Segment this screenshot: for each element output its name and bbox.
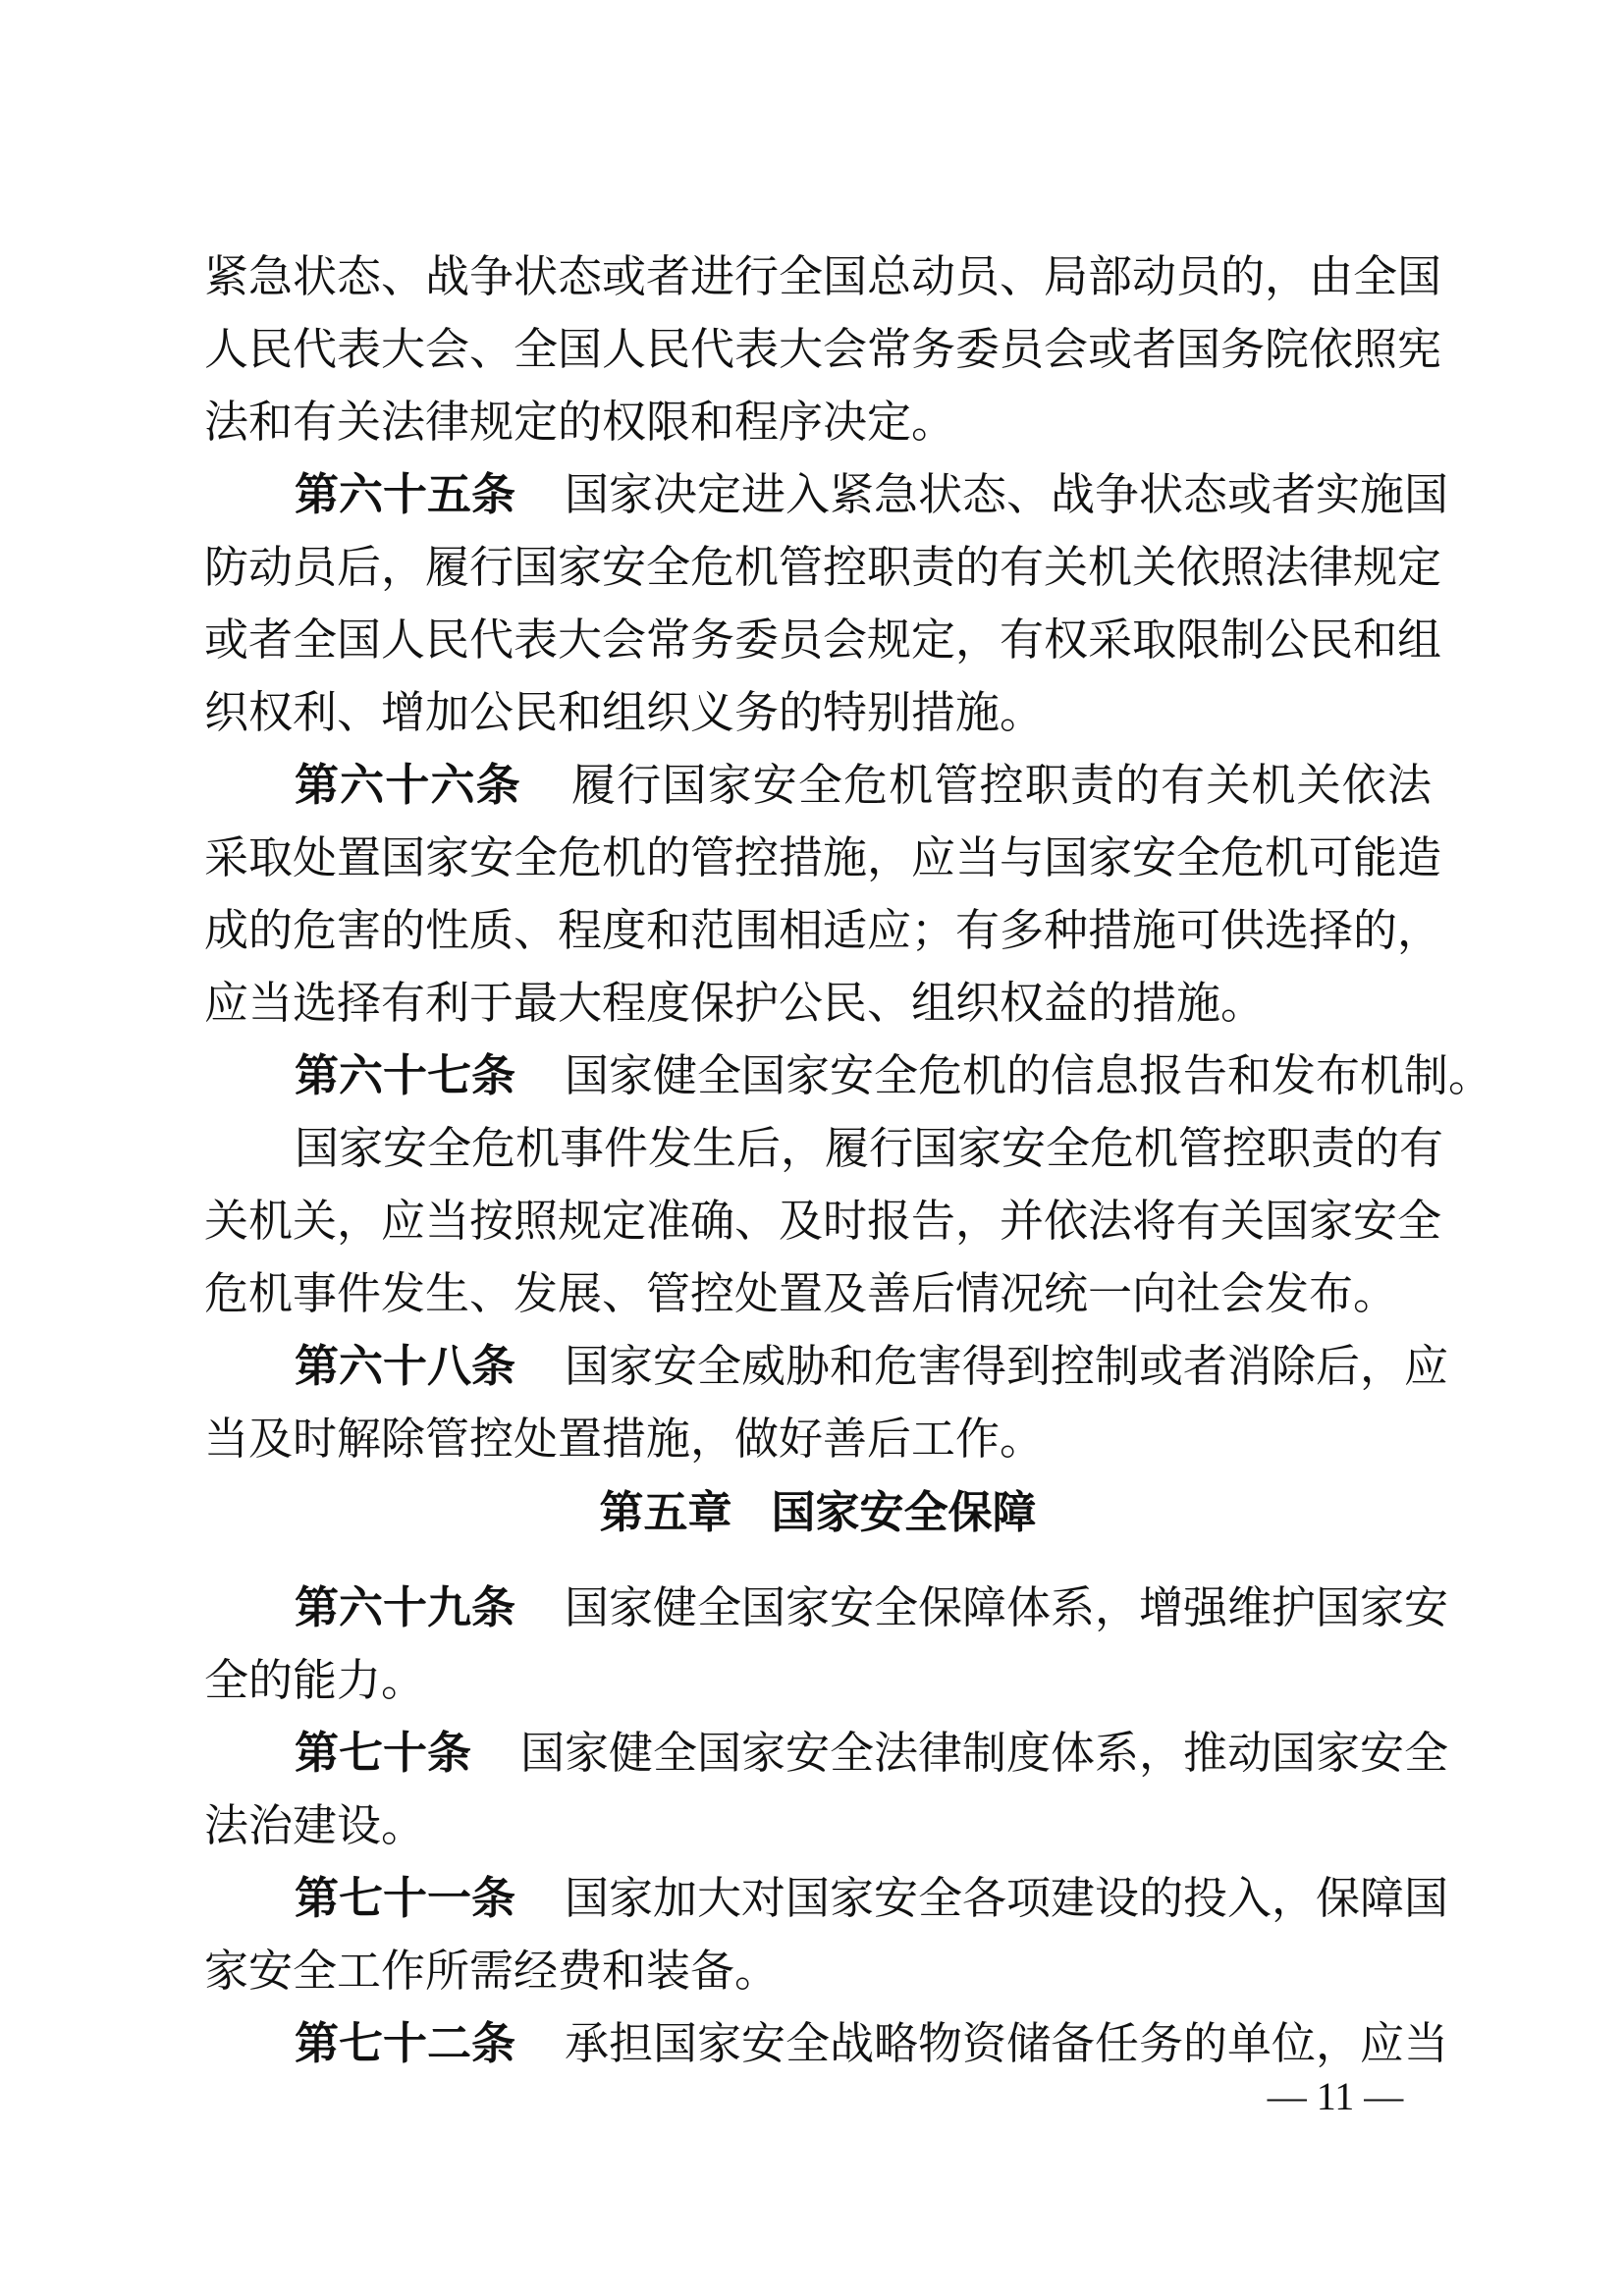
article-label: 第六十七条: [295, 1049, 515, 1101]
text-line: 紧急状态、战争状态或者进行全国总动员、局部动员的，由全国: [204, 240, 1432, 313]
text-line: 关机关，应当按照规定准确、及时报告，并依法将有关国家安全: [204, 1185, 1432, 1257]
article-label: 第六十八条: [295, 1340, 515, 1392]
chapter-title: 国家安全保障: [772, 1486, 1037, 1538]
article-67: 第六十七条国家健全国家安全危机的信息报告和发布机制。: [204, 1040, 1432, 1112]
text-line: 织权利、增加公民和组织义务的特别措施。: [204, 676, 1432, 749]
article-text: 国家健全国家安全保障体系，增强维护国家安: [565, 1581, 1448, 1633]
article-72: 第七十二条承担国家安全战略物资储备任务的单位，应当: [204, 2007, 1432, 2080]
article-label: 第七十条: [295, 1727, 471, 1779]
article-text: 国家安全威胁和危害得到控制或者消除后，应: [565, 1340, 1448, 1392]
chapter-number: 第五章: [599, 1486, 731, 1538]
chapter-heading: 第五章国家安全保障: [204, 1475, 1432, 1554]
text-line: 或者全国人民代表大会常务委员会规定，有权采取限制公民和组: [204, 604, 1432, 676]
article-70: 第七十条国家健全国家安全法律制度体系，推动国家安全: [204, 1717, 1432, 1789]
article-text: 国家决定进入紧急状态、战争状态或者实施国: [565, 468, 1448, 520]
text-line: 家安全工作所需经费和装备。: [204, 1935, 1432, 2007]
text-line: 当及时解除管控处置措施，做好善后工作。: [204, 1403, 1432, 1475]
text-line: 法和有关法律规定的权限和程序决定。: [204, 386, 1432, 458]
article-66: 第六十六条履行国家安全危机管控职责的有关机关依法: [204, 749, 1432, 822]
text-line: 应当选择有利于最大程度保护公民、组织权益的措施。: [204, 967, 1432, 1040]
article-68: 第六十八条国家安全威胁和危害得到控制或者消除后，应: [204, 1330, 1432, 1403]
text-line: 人民代表大会、全国人民代表大会常务委员会或者国务院依照宪: [204, 313, 1432, 386]
article-text: 国家健全国家安全法律制度体系，推动国家安全: [520, 1727, 1448, 1779]
document-page: 紧急状态、战争状态或者进行全国总动员、局部动员的，由全国 人民代表大会、全国人民…: [0, 0, 1624, 2296]
text-line: 危机事件发生、发展、管控处置及善后情况统一向社会发布。: [204, 1257, 1432, 1330]
article-label: 第七十二条: [295, 2017, 515, 2069]
text-line: 采取处置国家安全危机的管控措施，应当与国家安全危机可能造: [204, 822, 1432, 894]
article-text: 履行国家安全危机管控职责的有关机关依法: [570, 759, 1432, 811]
document-body: 紧急状态、战争状态或者进行全国总动员、局部动员的，由全国 人民代表大会、全国人民…: [204, 240, 1432, 2080]
text-line: 全的能力。: [204, 1644, 1432, 1717]
article-text: 承担国家安全战略物资储备任务的单位，应当: [565, 2017, 1448, 2069]
article-69: 第六十九条国家健全国家安全保障体系，增强维护国家安: [204, 1572, 1432, 1644]
article-label: 第六十五条: [295, 468, 515, 520]
text-line: 防动员后，履行国家安全危机管控职责的有关机关依照法律规定: [204, 531, 1432, 604]
text-line: 国家安全危机事件发生后，履行国家安全危机管控职责的有: [204, 1112, 1432, 1185]
page-number: — 11 —: [1267, 2073, 1404, 2119]
text-line: 成的危害的性质、程度和范围相适应；有多种措施可供选择的，: [204, 894, 1432, 967]
article-71: 第七十一条国家加大对国家安全各项建设的投入，保障国: [204, 1862, 1432, 1935]
article-65: 第六十五条国家决定进入紧急状态、战争状态或者实施国: [204, 458, 1432, 531]
article-label: 第六十六条: [295, 759, 521, 811]
article-text: 国家健全国家安全危机的信息报告和发布机制。: [565, 1049, 1492, 1101]
article-label: 第六十九条: [295, 1581, 515, 1633]
text-line: 法治建设。: [204, 1789, 1432, 1862]
article-label: 第七十一条: [295, 1872, 515, 1924]
article-text: 国家加大对国家安全各项建设的投入，保障国: [565, 1872, 1448, 1924]
